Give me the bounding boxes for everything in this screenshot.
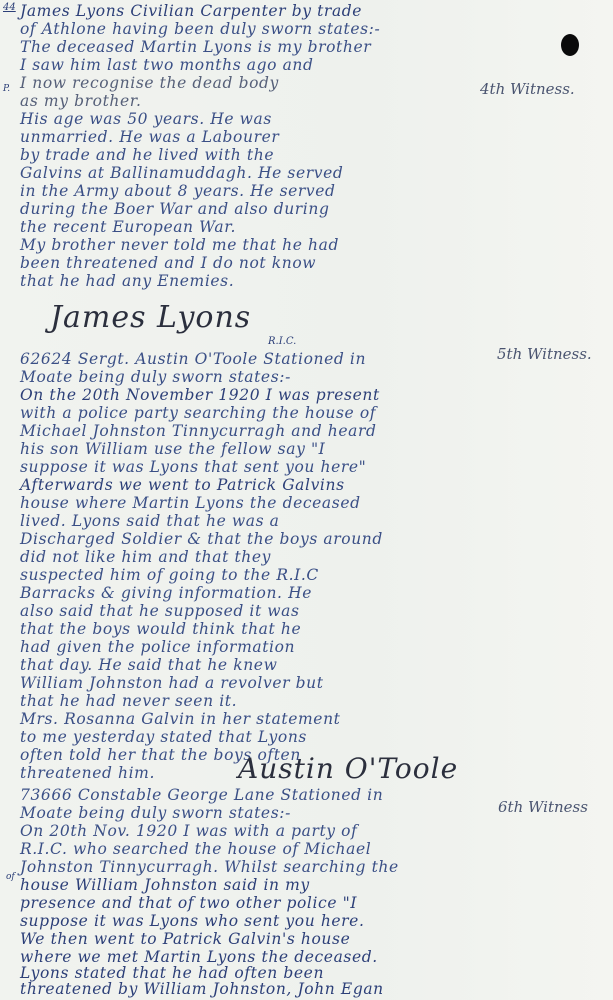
statement-line: been threatened and I do not know — [20, 254, 316, 272]
statement-line: Galvins at Ballinamuddagh. He served — [20, 164, 343, 182]
statement-line: Johnston Tinnycurragh. Whilst searching … — [20, 858, 399, 876]
statement-line: to me yesterday stated that Lyons — [20, 728, 307, 746]
statement-line: My brother never told me that he had — [20, 236, 339, 254]
left-margin-note: P. — [3, 84, 10, 94]
statement-line: William Johnston had a revolver but — [20, 674, 324, 692]
statement-line: suppose it was Lyons who sent you here. — [20, 912, 364, 930]
statement-line: threatened by William Johnston, John Ega… — [20, 980, 384, 998]
statement-line: On 20th Nov. 1920 I was with a party of — [20, 822, 357, 840]
statement-line: that the boys would think that he — [20, 620, 301, 638]
statement-line: that he had never seen it. — [20, 692, 237, 710]
statement-line: I saw him last two months ago and — [20, 56, 314, 74]
statement-line: 73666 Constable George Lane Stationed in — [20, 786, 383, 804]
document-page: 44 James Lyons Civilian Carpenter by tra… — [0, 0, 613, 1000]
statement-line: We then went to Patrick Galvin's house — [20, 930, 350, 948]
statement-line: that day. He said that he knew — [20, 656, 277, 674]
statement-line: house where Martin Lyons the deceased — [20, 494, 361, 512]
statement-line: that he had any Enemies. — [20, 272, 234, 290]
statement-line: in the Army about 8 years. He served — [20, 182, 336, 200]
statement-line: during the Boer War and also during — [20, 200, 329, 218]
statement-line: as my brother. — [20, 92, 142, 110]
signature-austin-otoole: Austin O'Toole — [238, 752, 458, 785]
statement-line: had given the police information — [20, 638, 295, 656]
statement-line: Moate being duly sworn states:- — [20, 804, 291, 822]
statement-line: the recent European War. — [20, 218, 236, 236]
statement-line: Barracks & giving information. He — [20, 584, 312, 602]
statement-line: did not like him and that they — [20, 548, 271, 566]
superscript-note: R.I.C. — [268, 336, 296, 347]
statement-line: of Athlone having been duly sworn states… — [20, 20, 380, 38]
punch-hole — [561, 34, 579, 56]
statement-line: threatened him. — [20, 764, 155, 782]
statement-line: On the 20th November 1920 I was present — [20, 386, 380, 404]
statement-line: R.I.C. who searched the house of Michael — [20, 840, 371, 858]
left-margin-note: of — [6, 872, 15, 882]
statement-line: presence and that of two other police "I — [20, 894, 357, 912]
statement-line: Michael Johnston Tinnycurragh and heard — [20, 422, 377, 440]
statement-line: also said that he supposed it was — [20, 602, 300, 620]
statement-line: suppose it was Lyons that sent you here" — [20, 458, 366, 476]
statement-line: 62624 Sergt. Austin O'Toole Stationed in — [20, 350, 366, 368]
statement-line: unmarried. He was a Labourer — [20, 128, 279, 146]
page-number: 44 — [3, 2, 16, 13]
statement-line: Mrs. Rosanna Galvin in her statement — [20, 710, 341, 728]
statement-line: Moate being duly sworn states:- — [20, 368, 291, 386]
witness-label: 6th Witness — [498, 798, 588, 816]
statement-line: His age was 50 years. He was — [20, 110, 272, 128]
witness-label: 5th Witness. — [497, 345, 592, 363]
statement-line: lived. Lyons said that he was a — [20, 512, 280, 530]
statement-line: Afterwards we went to Patrick Galvins — [20, 476, 345, 494]
statement-line: with a police party searching the house … — [20, 404, 376, 422]
statement-line: Discharged Soldier & that the boys aroun… — [20, 530, 383, 548]
witness-label: 4th Witness. — [480, 80, 575, 98]
statement-line: his son William use the fellow say "I — [20, 440, 325, 458]
signature-james-lyons: James Lyons — [50, 300, 251, 335]
statement-line: suspected him of going to the R.I.C — [20, 566, 319, 584]
statement-line: by trade and he lived with the — [20, 146, 274, 164]
statement-line: house William Johnston said in my — [20, 876, 310, 894]
statement-line: James Lyons Civilian Carpenter by trade — [20, 2, 362, 20]
statement-line: I now recognise the dead body — [20, 74, 279, 92]
statement-line: The deceased Martin Lyons is my brother — [20, 38, 371, 56]
